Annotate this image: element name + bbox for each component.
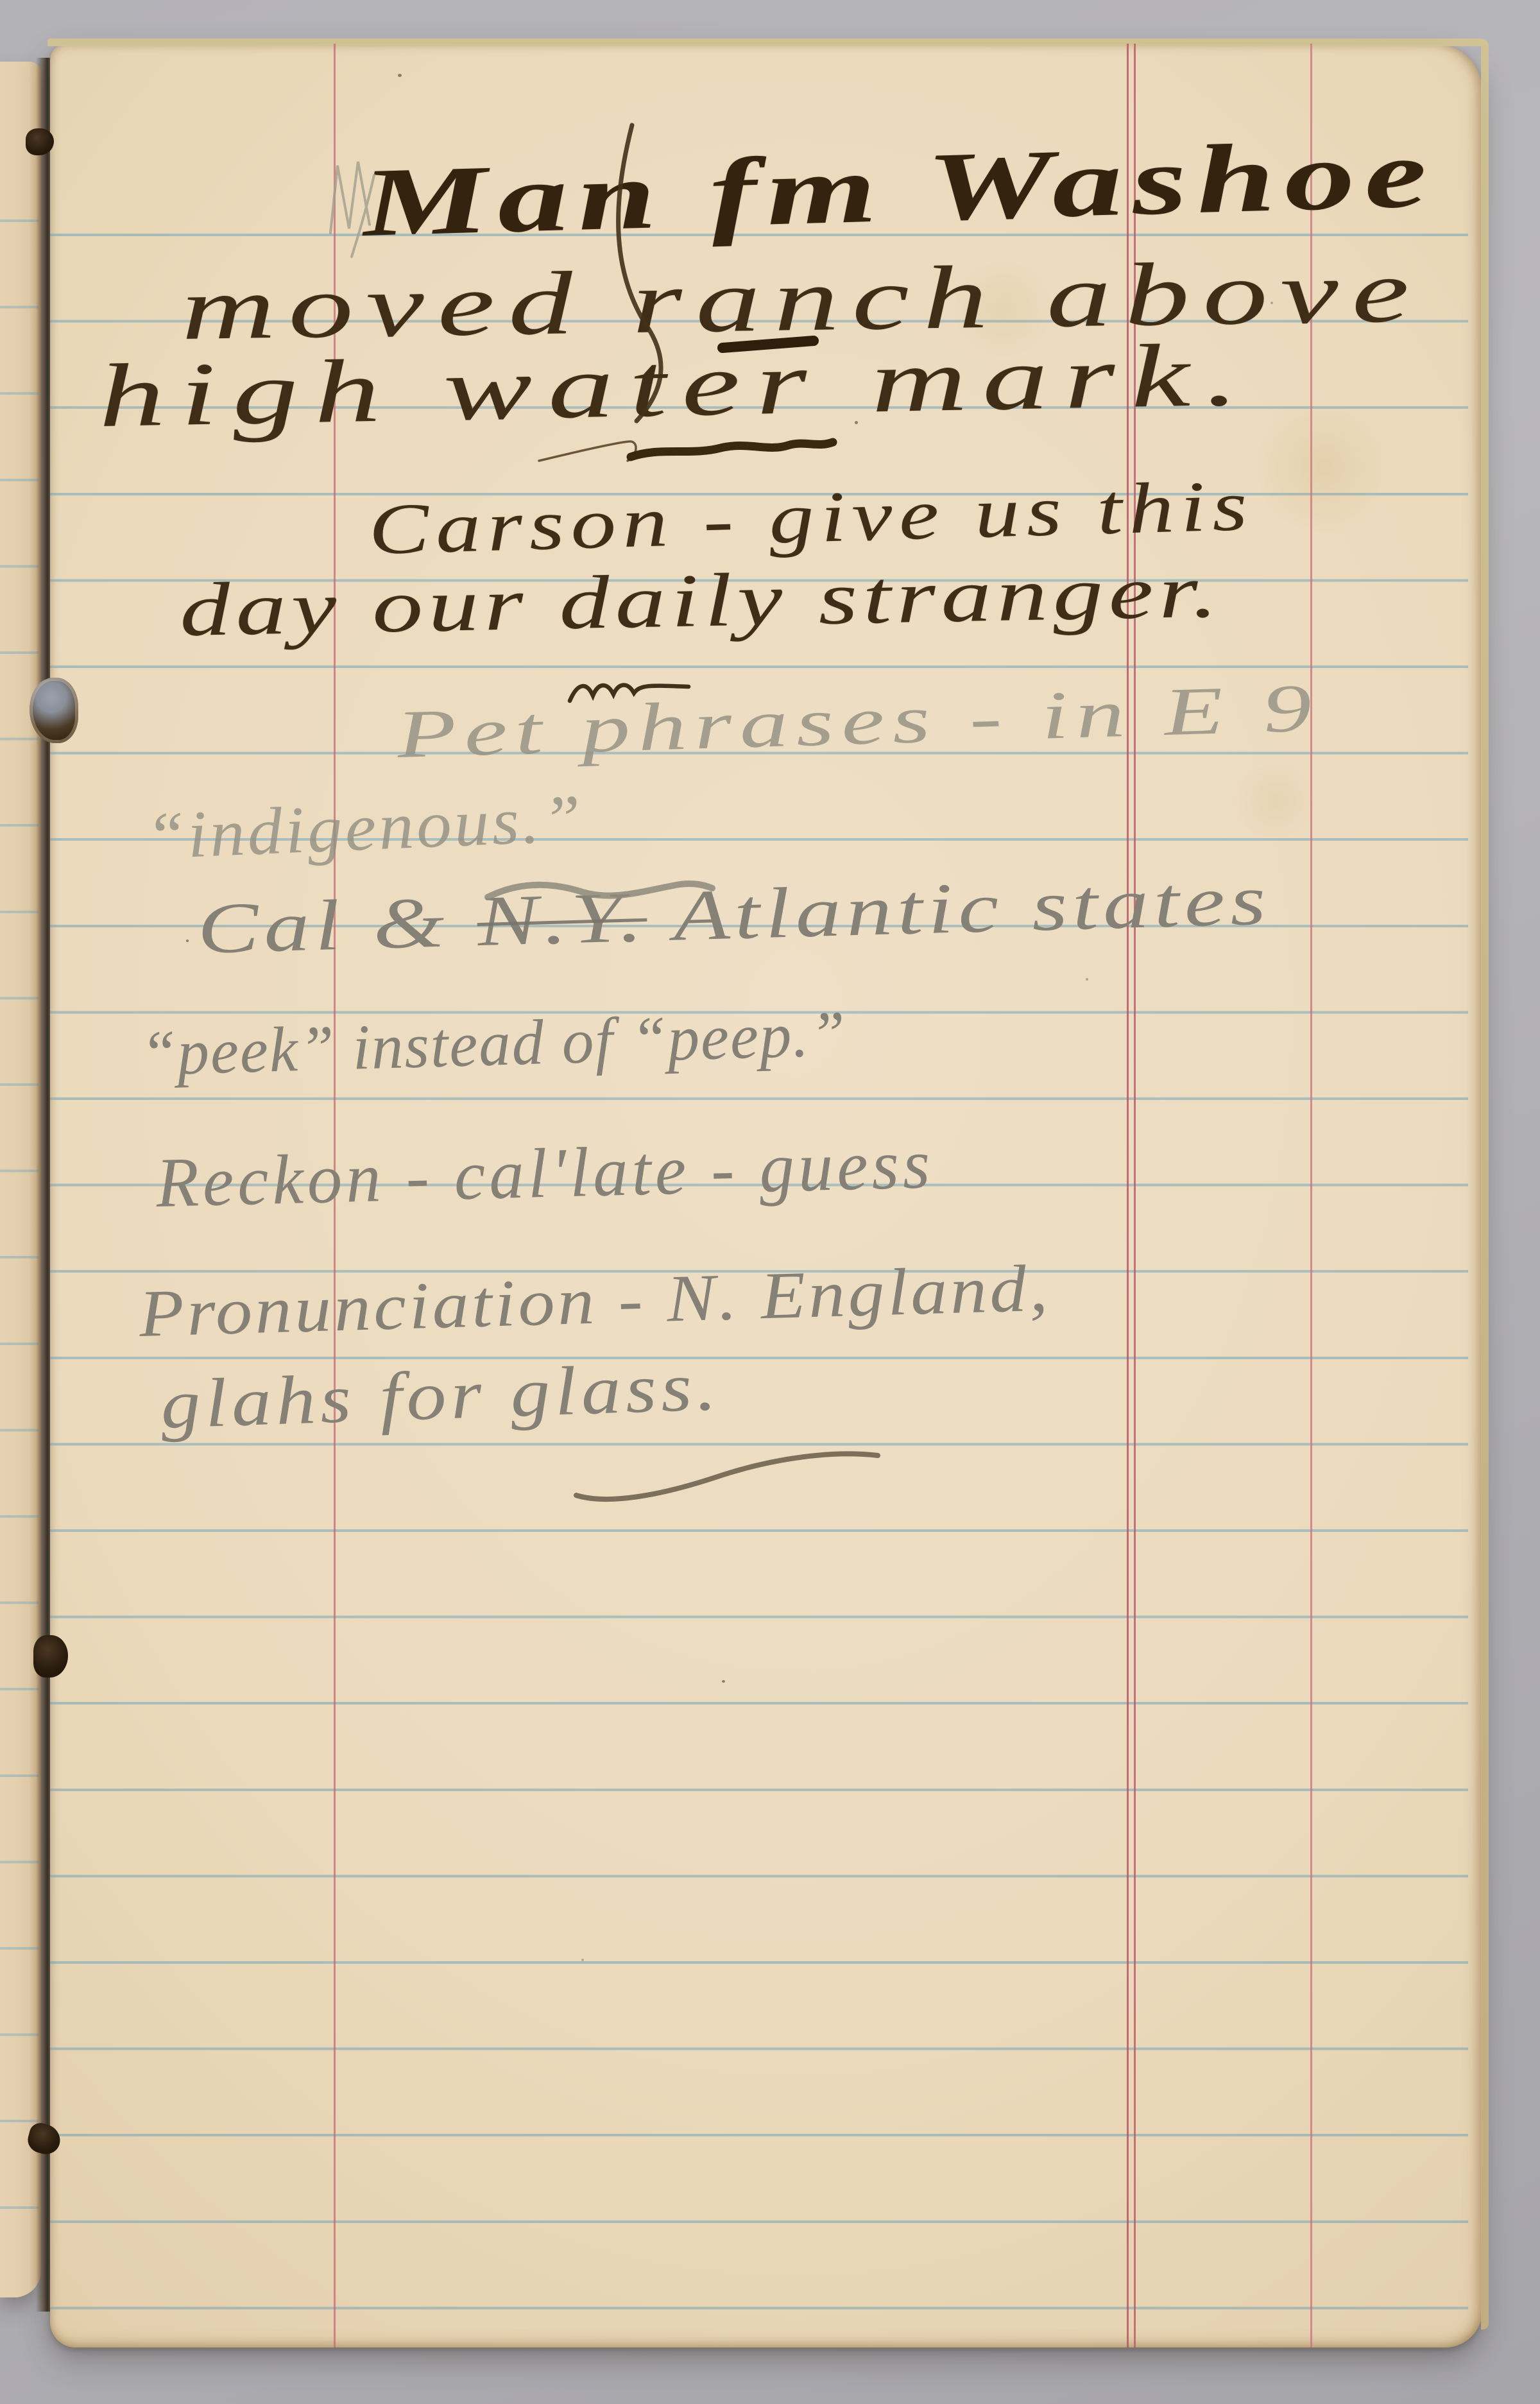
handwritten-line-7: “indigenous.”	[144, 786, 585, 870]
right-margin-line	[1310, 44, 1312, 2348]
paper-speck	[722, 1680, 725, 1683]
handwritten-line-1: Man fm Washoe	[359, 124, 1439, 252]
paper-speck	[581, 1959, 584, 1961]
paper-speck	[1270, 302, 1273, 304]
line-8-struck-word: N.Y.	[475, 877, 649, 961]
handwritten-line-12: glahs for glass.	[159, 1352, 722, 1440]
previous-page-ruled-lines	[0, 219, 38, 2260]
paper-speck	[186, 940, 189, 942]
handwritten-line-5: day our daily stranger.	[178, 553, 1224, 648]
paper-speck	[1086, 978, 1088, 981]
notebook-scan: Man fm Washoe moved ranch above high wat…	[0, 0, 1540, 2404]
binding-hole-2	[30, 678, 78, 743]
line-8-suffix: Atlantic states	[645, 860, 1272, 956]
handwritten-line-10: Reckon - cal'late - guess	[155, 1128, 934, 1218]
notebook-page: Man fm Washoe moved ranch above high wat…	[50, 44, 1482, 2348]
line-8-prefix: Cal &	[196, 882, 479, 969]
handwritten-line-3: high water mark.	[96, 330, 1255, 442]
previous-page-edge	[0, 62, 41, 2297]
paper-speck	[855, 421, 858, 424]
paper-speck	[398, 74, 402, 77]
